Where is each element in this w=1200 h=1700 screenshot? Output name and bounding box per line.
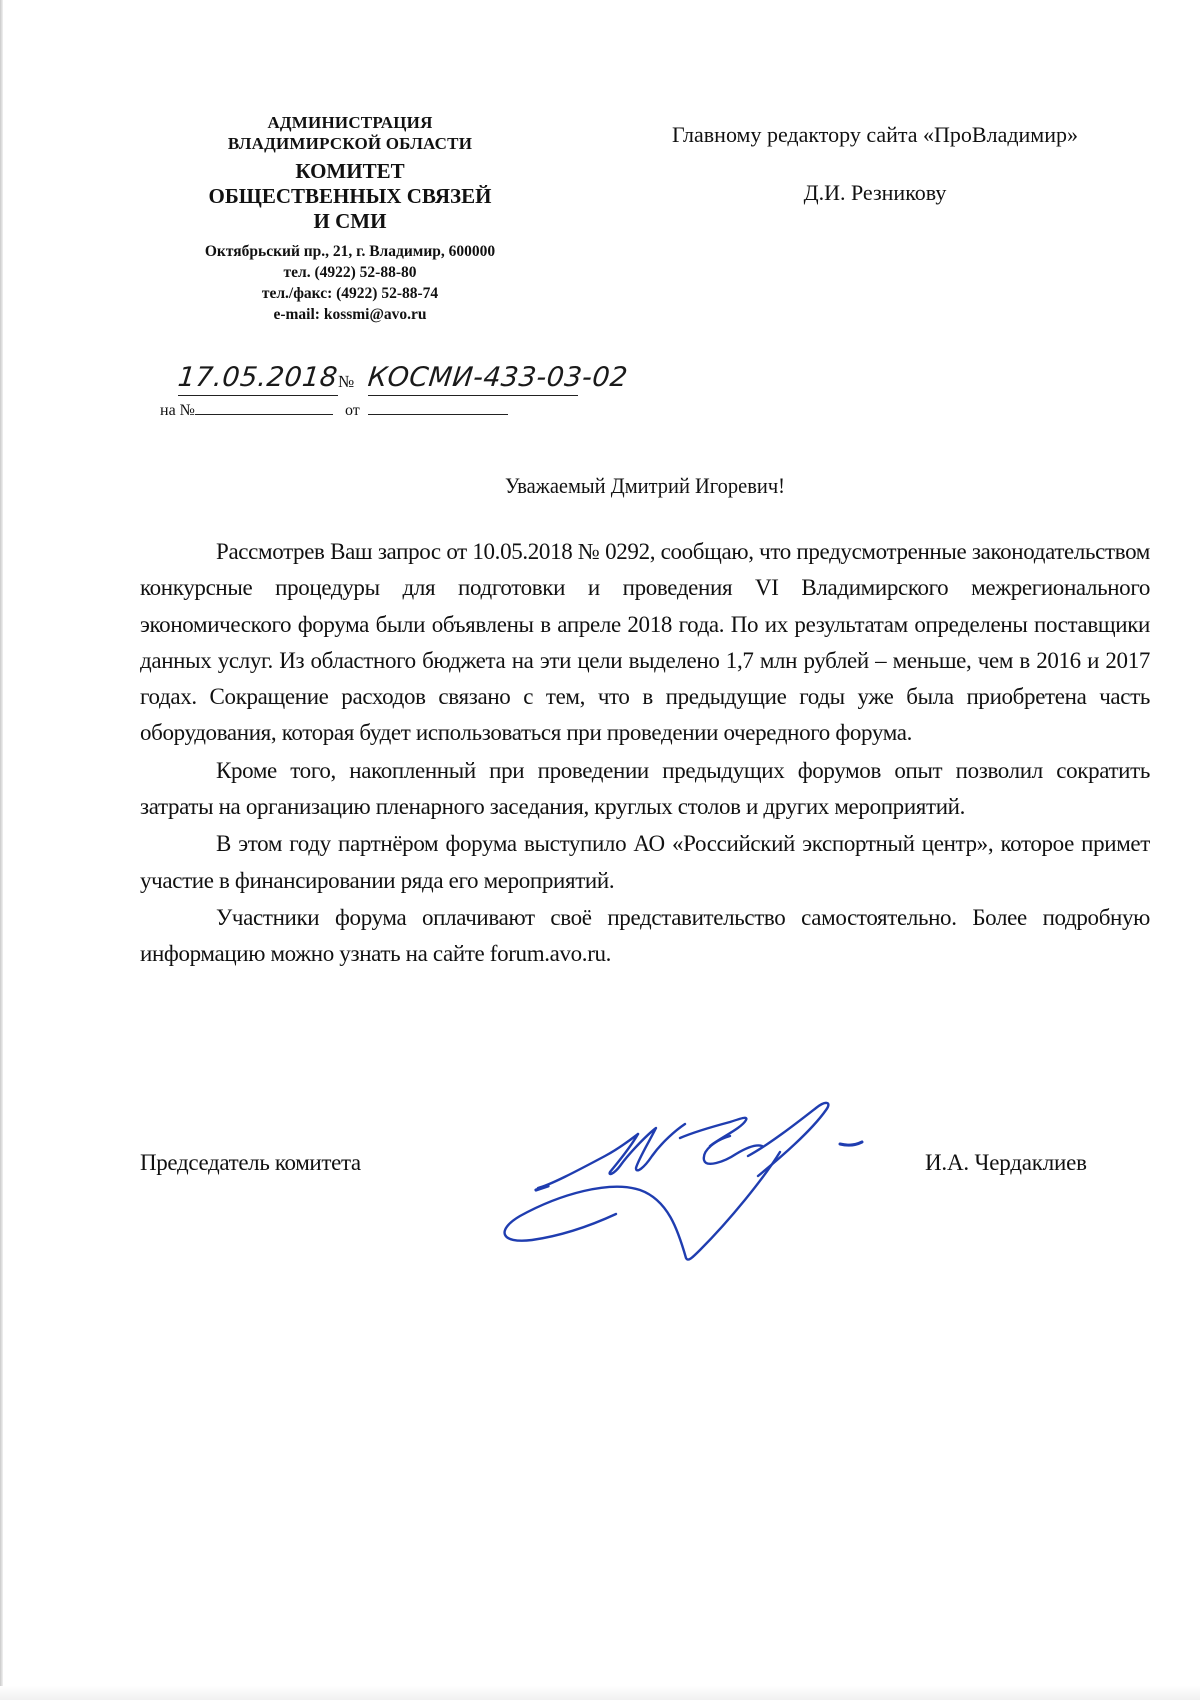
reply-from-label: от — [345, 402, 360, 419]
body-paragraph: Участники форума оплачивают своё предста… — [140, 900, 1150, 973]
body-paragraph: Рассмотрев Ваш запрос от 10.05.2018 № 02… — [140, 534, 1150, 752]
outgoing-registration: 17.05.2018 № КОСМИ-433-03-02 — [178, 362, 638, 400]
letterhead-address: Октябрьский пр., 21, г. Владимир, 600000 — [150, 241, 550, 262]
salutation: Уважаемый Дмитрий Игоревич! — [166, 472, 1124, 500]
signatory-title: Председатель комитета — [140, 1150, 361, 1176]
scan-edge — [0, 0, 3, 1700]
signatory-name: И.А. Чердаклиев — [925, 1150, 1087, 1176]
outgoing-number-handwritten: КОСМИ-433-03-02 — [366, 362, 629, 393]
letterhead-contacts: Октябрьский пр., 21, г. Владимир, 600000… — [150, 241, 550, 325]
letterhead-admin-line: ВЛАДИМИРСКОЙ ОБЛАСТИ — [150, 133, 550, 154]
addressee-position: Главному редактору сайта «ПроВладимир» — [600, 122, 1150, 148]
reply-number-blank — [195, 400, 333, 415]
letterhead-admin-line: АДМИНИСТРАЦИЯ — [150, 112, 550, 133]
letterhead-phone: тел. (4922) 52-88-80 — [150, 262, 550, 283]
reply-date-blank — [368, 400, 508, 415]
body-paragraph: Кроме того, накопленный при проведении п… — [140, 753, 1150, 826]
letterhead-committee-line: И СМИ — [150, 209, 550, 234]
letterhead-administration: АДМИНИСТРАЦИЯ ВЛАДИМИРСКОЙ ОБЛАСТИ — [150, 112, 550, 154]
body-paragraph: В этом году партнёром форума выступило А… — [140, 826, 1150, 899]
outgoing-date-handwritten: 17.05.2018 — [176, 362, 339, 393]
reply-to-line: на № от — [160, 400, 508, 420]
reply-number-label: на № — [160, 402, 195, 419]
letterhead-committee: КОМИТЕТ ОБЩЕСТВЕННЫХ СВЯЗЕЙ И СМИ — [150, 159, 550, 234]
letterhead: АДМИНИСТРАЦИЯ ВЛАДИМИРСКОЙ ОБЛАСТИ КОМИТ… — [150, 112, 550, 325]
number-sign: № — [338, 372, 354, 392]
handwritten-signature-icon — [480, 1090, 880, 1280]
letterhead-fax: тел./факс: (4922) 52-88-74 — [150, 283, 550, 304]
letterhead-email: e-mail: kossmi@avo.ru — [150, 304, 550, 325]
letterhead-committee-line: КОМИТЕТ — [150, 159, 550, 184]
letter-body: Рассмотрев Ваш запрос от 10.05.2018 № 02… — [140, 534, 1150, 973]
outgoing-number-field: КОСМИ-433-03-02 — [368, 362, 578, 396]
addressee: Главному редактору сайта «ПроВладимир» Д… — [600, 122, 1150, 206]
addressee-name: Д.И. Резникову — [600, 180, 1150, 206]
scan-bottom-shadow — [0, 1686, 1200, 1700]
outgoing-date-field: 17.05.2018 — [178, 362, 338, 396]
letterhead-committee-line: ОБЩЕСТВЕННЫХ СВЯЗЕЙ — [150, 184, 550, 209]
